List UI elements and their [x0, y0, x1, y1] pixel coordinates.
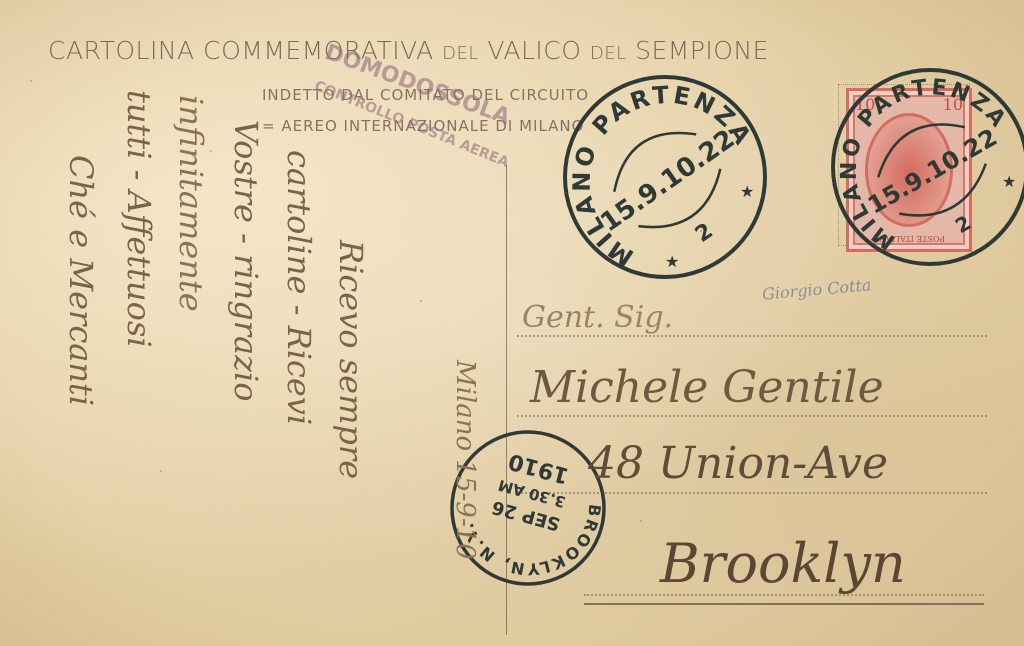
svg-text:2: 2 — [691, 218, 718, 247]
address-line — [517, 415, 987, 417]
address-line — [517, 335, 987, 337]
title-text: DEL — [590, 43, 627, 64]
svg-text:★: ★ — [740, 182, 754, 201]
title-text: SEMPIONE — [635, 36, 769, 65]
svg-text:2: 2 — [951, 210, 975, 238]
address-salutation: Gent. Sig. — [522, 300, 673, 335]
postmark-circle-icon: MILANO PARTENZA 15.9.10.22 2 ★ — [830, 62, 1024, 272]
message-date: Milano 15-9-10 — [450, 360, 480, 560]
message-line: infinitamente — [172, 95, 210, 312]
svg-text:15.9.10.22: 15.9.10.22 — [863, 123, 1002, 219]
message-line: Ricevo sempre — [332, 240, 370, 479]
paper-speck — [30, 80, 32, 82]
title-text: DEL — [442, 43, 479, 64]
svg-text:★: ★ — [665, 252, 679, 271]
message-line: cartoline - Ricevi — [280, 150, 318, 425]
message-line: tutti - Affettuosi — [120, 90, 158, 348]
message-line: Vostre - ringrazio — [227, 120, 265, 401]
pencil-note: Giorgio Cotta — [761, 275, 872, 303]
address-name: Michele Gentile — [530, 362, 884, 413]
title-text: VALICO — [487, 36, 581, 65]
postmark-circle-icon: MILANO PARTENZA 15.9.10.22 2 ★ ★ — [560, 72, 770, 282]
address-street: 48 Union-Ave — [588, 438, 888, 489]
postcard: CARTOLINA COMMEMORATIVA DEL VALICO DEL S… — [0, 0, 1024, 646]
address-underline — [584, 603, 984, 605]
address-city: Brooklyn — [660, 532, 906, 595]
paper-speck — [640, 520, 642, 522]
postcard-title: CARTOLINA COMMEMORATIVA DEL VALICO DEL S… — [48, 36, 958, 65]
paper-speck — [420, 300, 422, 302]
postmark-milano-1: MILANO PARTENZA 15.9.10.22 2 ★ ★ — [560, 72, 770, 282]
postmark-milano-2: MILANO PARTENZA 15.9.10.22 2 ★ — [830, 62, 1024, 272]
message-line: Ché e Mercanti — [62, 155, 100, 406]
paper-speck — [210, 150, 212, 152]
svg-text:★: ★ — [1002, 172, 1016, 191]
paper-speck — [160, 470, 162, 472]
